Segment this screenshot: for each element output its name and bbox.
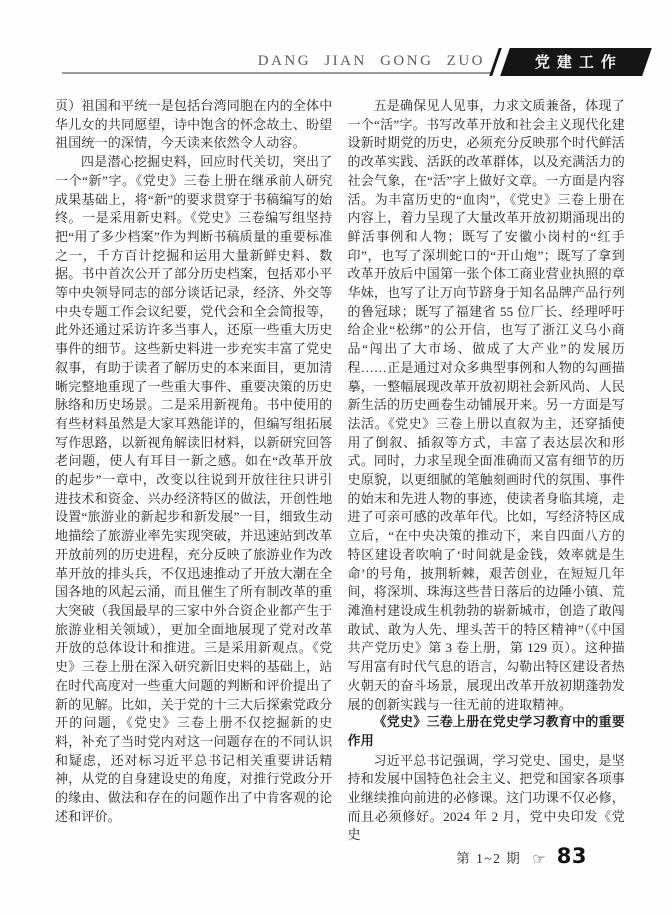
paragraph: 习近平总书记强调，学习党史、国史，是坚持和发展中国特色社会主义、把党和国家各项事… xyxy=(348,752,626,846)
page-footer: 第 1~2 期 ☞ 83 xyxy=(456,844,587,868)
pointing-hand-icon: ☞ xyxy=(532,850,545,868)
right-column: 五是确保见人见事，力求文质兼备，体现了一个“活”字。书写改革开放和社会主义现代化… xyxy=(348,97,626,845)
header-rule xyxy=(62,72,492,74)
left-column: 页）祖国和平统一是包括台湾同胞在内的全体中华儿女的共同愿望，诗中饱含的怀念故土、… xyxy=(55,97,333,845)
section-heading: 《党史》三卷上册在党史学习教育中的重要作用 xyxy=(348,714,626,751)
paragraph: 四是潜心挖掘史料，回应时代关切，突出了一个“新”字。《党史》三卷上册在继承前人研… xyxy=(55,153,333,826)
section-badge-label: 党建工作 xyxy=(528,55,623,70)
page-number: 83 xyxy=(557,844,587,868)
issue-label: 第 1~2 期 xyxy=(456,847,521,867)
section-badge: 党建工作 xyxy=(500,48,652,76)
paragraph: 五是确保见人见事，力求文质兼备，体现了一个“活”字。书写改革开放和社会主义现代化… xyxy=(348,97,626,714)
magazine-page: DANG JIAN GONG ZUO 党建工作 页）祖国和平统一是包括台湾同胞在… xyxy=(0,0,671,917)
journal-pinyin-title: DANG JIAN GONG ZUO xyxy=(258,53,485,70)
paragraph-continuation: 页）祖国和平统一是包括台湾同胞在内的全体中华儿女的共同愿望，诗中饱含的怀念故土、… xyxy=(55,97,333,153)
slash-divider xyxy=(489,48,502,76)
article-body: 页）祖国和平统一是包括台湾同胞在内的全体中华儿女的共同愿望，诗中饱含的怀念故土、… xyxy=(55,97,625,845)
